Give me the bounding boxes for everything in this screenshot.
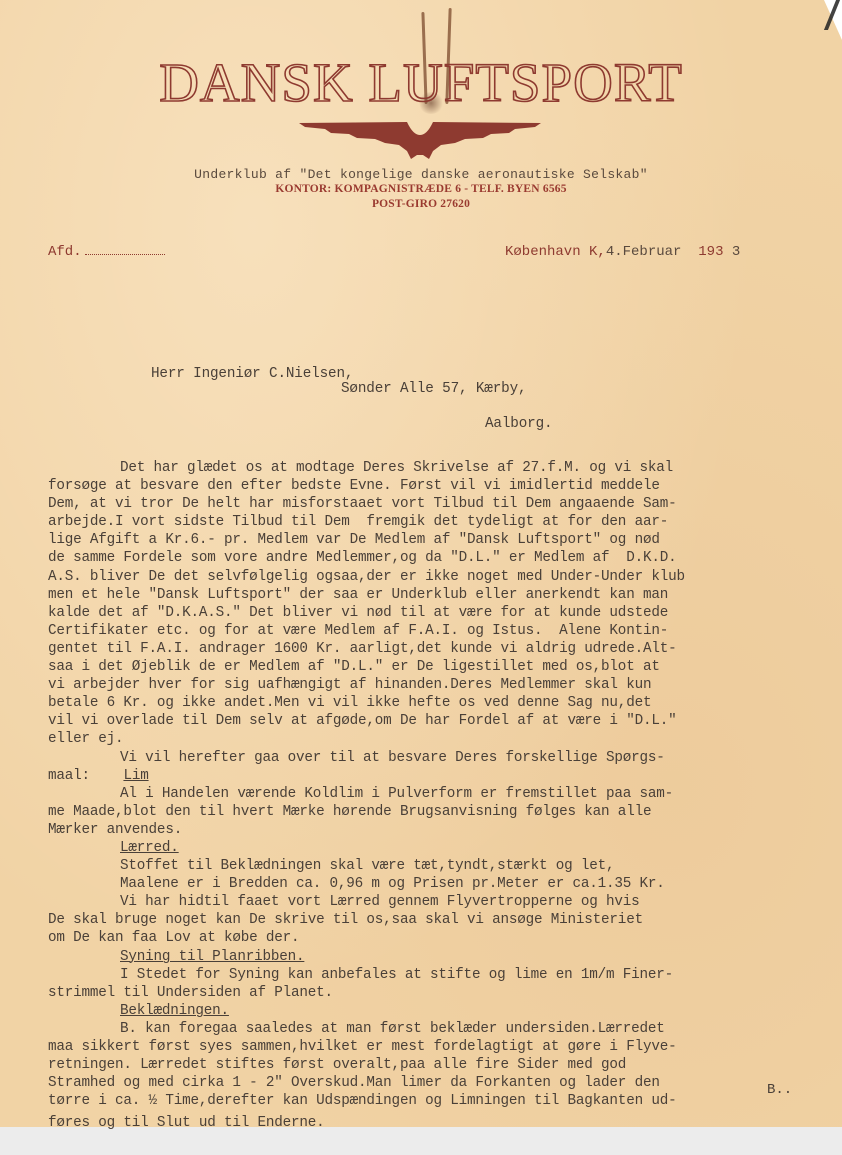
body-line: men et hele "Dansk Luftsport" der saa er… (48, 586, 818, 604)
section-line: me Maade,blot den til hvert Mærke hørend… (48, 803, 818, 821)
recipient-street: Sønder Alle 57, Kærby, (341, 381, 526, 397)
body-line: Dem, at vi tror De helt har misforstaaet… (48, 495, 818, 513)
body-line: Det har glædet os at modtage Deres Skriv… (48, 459, 818, 477)
department-field: Afd. (48, 244, 165, 260)
date-typed: 4.Februar (606, 244, 682, 260)
body-line: gentet til F.A.I. andrager 1600 Kr. aarl… (48, 640, 818, 658)
section-line: retningen. Lærredet stiftes først overal… (48, 1056, 818, 1074)
section-line: føres og til Slut ud til Enderne. (48, 1114, 818, 1132)
year-typed: 3 (732, 244, 740, 260)
section-line: tørre i ca. ½ Time,derefter kan Udspændi… (48, 1092, 818, 1110)
section-line: strimmel til Undersiden af Planet. (48, 984, 818, 1002)
letterhead-giro: POST-GIRO 27620 (0, 198, 842, 210)
section-line: B. kan foregaa saaledes at man først bek… (48, 1020, 818, 1038)
body-line: kalde det af "D.K.A.S." Det bliver vi nø… (48, 604, 818, 622)
section-heading-laerred: Lærred. (48, 839, 818, 857)
recipient-name: Herr Ingeniør C.Nielsen, (151, 366, 353, 382)
body-line: vi arbejder hver for sig uafhængigt af h… (48, 676, 818, 694)
section-line: maa sikkert først syes sammen,hvilket er… (48, 1038, 818, 1056)
section-heading-text: Lærred. (120, 840, 179, 856)
body-line: A.S. bliver De det selvfølgelig ogsaa,de… (48, 568, 818, 586)
recipient-city: Aalborg. (485, 416, 552, 432)
letter-body: Det har glædet os at modtage Deres Skriv… (48, 459, 818, 1132)
body-line: vil vi overlade til Dem selv at afgøde,o… (48, 712, 818, 730)
section-heading-syning: Syning til Planribben. (48, 948, 818, 966)
department-dotted-line (85, 253, 165, 255)
questions-label: maal: (48, 768, 90, 784)
section-heading-beklaedningen: Beklædningen. (48, 1002, 818, 1020)
section-line: Vi har hidtil faaet vort Lærred gennem F… (48, 893, 818, 911)
body-line: de samme Fordele som vore andre Medlemme… (48, 549, 818, 567)
questions-intro-end: maal: Lim (48, 767, 818, 785)
section-line: I Stedet for Syning kan anbefales at sti… (48, 966, 818, 984)
section-line: om De kan faa Lov at købe der. (48, 929, 818, 947)
place-label: København K, (505, 244, 606, 260)
body-line: forsøge at besvare den efter bedste Evne… (48, 477, 818, 495)
body-line: betale 6 Kr. og ikke andet.Men vi vil ik… (48, 694, 818, 712)
body-line: saa i det Øjeblik de er Medlem af "D.L."… (48, 658, 818, 676)
section-heading-lim: Lim (123, 768, 148, 784)
letterhead-subtitle: Underklub af "Det kongelige danske aeron… (0, 167, 842, 182)
signature-initials: B.. (767, 1082, 792, 1098)
section-line: Mærker anvendes. (48, 821, 818, 839)
body-line: lige Afgift a Kr.6.- pr. Medlem var De M… (48, 531, 818, 549)
section-line: Stramhed og med cirka 1 - 2" Overskud.Ma… (48, 1074, 818, 1092)
brand-title: DANSK LUFTSPORT (0, 55, 842, 110)
letterhead-office-address: KONTOR: KOMPAGNISTRÆDE 6 - TELF. BYEN 65… (0, 183, 842, 195)
body-line: Certifikater etc. og for at være Medlem … (48, 622, 818, 640)
section-line: De skal bruge noget kan De skrive til os… (48, 911, 818, 929)
date-line: København K,4.Februar 193 3 (505, 244, 740, 260)
year-printed: 193 (698, 244, 723, 260)
section-heading-text: Beklædningen. (120, 1003, 229, 1019)
section-heading-text: Syning til Planribben. (120, 949, 304, 965)
section-line: Stoffet til Beklædningen skal være tæt,t… (48, 857, 818, 875)
section-line: Maalene er i Bredden ca. 0,96 m og Prise… (48, 875, 818, 893)
department-label: Afd. (48, 244, 82, 260)
winged-emblem-icon (295, 115, 545, 160)
body-line: eller ej. (48, 730, 818, 748)
questions-intro: Vi vil herefter gaa over til at besvare … (48, 749, 818, 767)
letter-page: DANSK LUFTSPORT Underklub af "Det kongel… (0, 0, 842, 1127)
section-line: Al i Handelen værende Koldlim i Pulverfo… (48, 785, 818, 803)
body-line: arbejde.I vort sidste Tilbud til Dem fre… (48, 513, 818, 531)
